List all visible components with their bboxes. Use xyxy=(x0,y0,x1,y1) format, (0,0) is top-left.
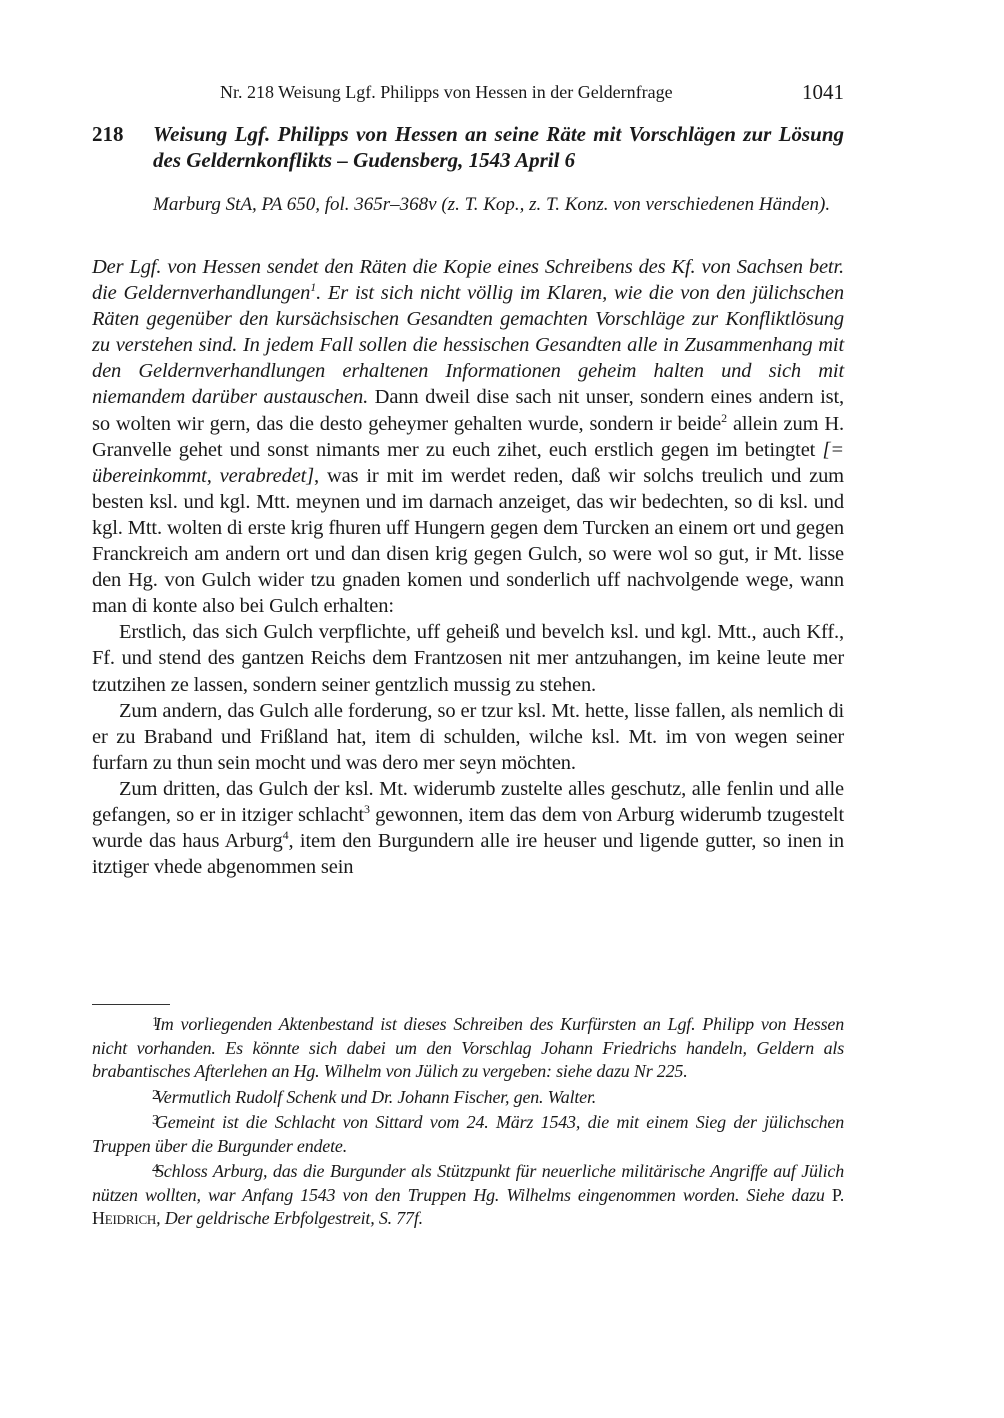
document-number: 218 xyxy=(92,121,124,147)
footnotes: 1Im vorliegenden Aktenbestand ist dieses… xyxy=(92,1011,844,1231)
paragraph-3: Zum andern, das Gulch alle forderung, so… xyxy=(92,698,844,776)
footnote-number: 2 xyxy=(122,1084,155,1108)
footnote-1: 1Im vorliegenden Aktenbestand ist dieses… xyxy=(92,1011,844,1084)
running-title: Nr. 218 Weisung Lgf. Philipps von Hessen… xyxy=(220,82,673,103)
document-heading: 218 Weisung Lgf. Philipps von Hessen an … xyxy=(92,121,844,173)
body-text: Der Lgf. von Hessen sendet den Räten die… xyxy=(92,254,844,880)
footnote-3: 3Gemeint ist die Schlacht von Sittard vo… xyxy=(92,1109,844,1158)
footnote-number: 4 xyxy=(122,1158,155,1182)
paragraph-1: Der Lgf. von Hessen sendet den Räten die… xyxy=(92,254,844,619)
author-initial: P. xyxy=(832,1185,844,1205)
paragraph-4: Zum dritten, das Gulch der ksl. Mt. wide… xyxy=(92,776,844,880)
page-number: 1041 xyxy=(802,80,844,105)
footnote-4: 4Schloss Arburg, das die Burgunder als S… xyxy=(92,1158,844,1231)
footnote-2: 2Vermutlich Rudolf Schenk und Dr. Johann… xyxy=(92,1084,844,1110)
running-head: Nr. 218 Weisung Lgf. Philipps von Hessen… xyxy=(92,80,844,108)
footnote-number: 3 xyxy=(122,1109,155,1133)
archival-source: Marburg StA, PA 650, fol. 365r–368v (z. … xyxy=(153,193,844,217)
document-title: Weisung Lgf. Philipps von Hessen an sein… xyxy=(153,121,844,173)
paragraph-2: Erstlich, das sich Gulch verpflichte, uf… xyxy=(92,619,844,697)
author-name: Heidrich xyxy=(92,1208,156,1228)
footnote-divider xyxy=(92,1004,170,1005)
footnote-number: 1 xyxy=(122,1011,155,1035)
